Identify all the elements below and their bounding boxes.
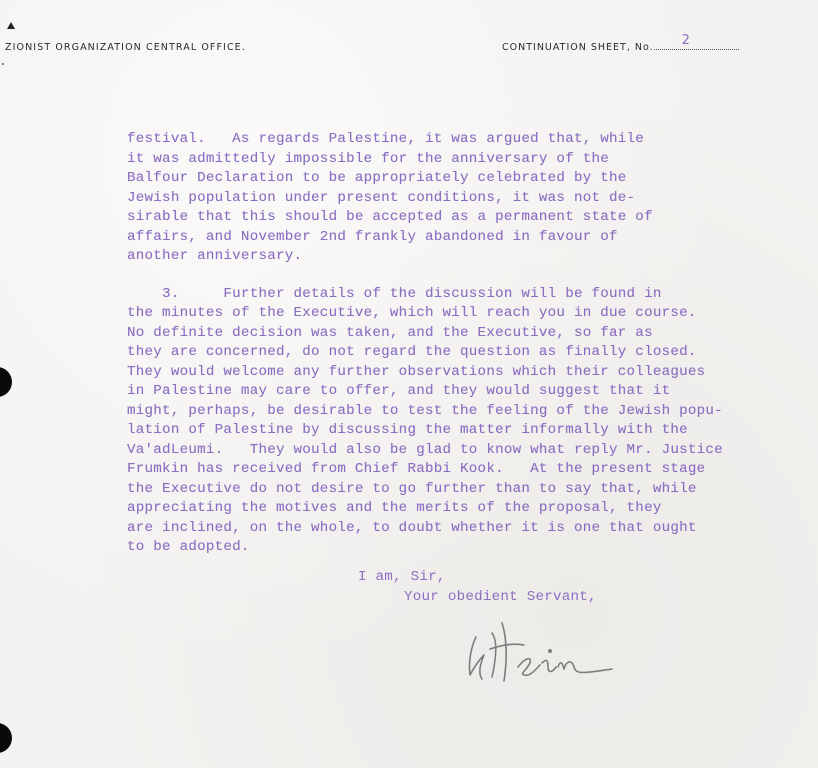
text-line: in Palestine may care to offer, and they… xyxy=(127,382,807,402)
letter-body: festival. As regards Palestine, it was a… xyxy=(127,130,807,558)
paragraph-spacer xyxy=(127,267,807,285)
text-line: are inclined, on the whole, to doubt whe… xyxy=(127,519,807,539)
letterhead-organization: ZIONIST ORGANIZATION CENTRAL OFFICE. xyxy=(5,42,246,53)
complimentary-close: Your obedient Servant, xyxy=(358,588,597,608)
paragraph-3: 3. Further details of the discussion wil… xyxy=(127,285,807,558)
continuation-sheet-label: CONTINUATION SHEET, No.2 xyxy=(502,39,739,53)
sheet-number: 2 xyxy=(682,33,690,48)
text-line: Balfour Declaration to be appropriately … xyxy=(127,169,807,189)
paper-speck xyxy=(2,63,4,65)
text-line: They would welcome any further observati… xyxy=(127,363,807,383)
text-line: sirable that this should be accepted as … xyxy=(127,208,807,228)
text-line: Jewish population under present conditio… xyxy=(127,189,807,209)
text-line: 3. Further details of the discussion wil… xyxy=(127,285,807,305)
salutation: I am, Sir, xyxy=(358,568,597,588)
sheet-number-field: 2 xyxy=(654,39,739,50)
signature-icon xyxy=(462,615,632,690)
text-line: No definite decision was taken, and the … xyxy=(127,324,807,344)
handwritten-signature xyxy=(462,615,632,690)
text-line: affairs, and November 2nd frankly abando… xyxy=(127,228,807,248)
letter-closing: I am, Sir, Your obedient Servant, xyxy=(358,568,597,607)
text-line: it was admittedly impossible for the ann… xyxy=(127,150,807,170)
text-line: appreciating the motives and the merits … xyxy=(127,499,807,519)
text-line: they are concerned, do not regard the qu… xyxy=(127,343,807,363)
text-line: the Executive do not desire to go furthe… xyxy=(127,480,807,500)
punch-hole-lower xyxy=(0,723,12,753)
paragraph-continued: festival. As regards Palestine, it was a… xyxy=(127,130,807,267)
letter-page: ZIONIST ORGANIZATION CENTRAL OFFICE. CON… xyxy=(0,0,818,768)
continuation-label: CONTINUATION SHEET, No. xyxy=(502,42,654,53)
text-line: the minutes of the Executive, which will… xyxy=(127,304,807,324)
text-line: to be adopted. xyxy=(127,538,807,558)
text-line: Frumkin has received from Chief Rabbi Ko… xyxy=(127,460,807,480)
text-line: Va'adLeumi. They would also be glad to k… xyxy=(127,441,807,461)
corner-mark xyxy=(7,22,15,29)
text-line: festival. As regards Palestine, it was a… xyxy=(127,130,807,150)
text-line: might, perhaps, be desirable to test the… xyxy=(127,402,807,422)
text-line: another anniversary. xyxy=(127,247,807,267)
text-line: lation of Palestine by discussing the ma… xyxy=(127,421,807,441)
punch-hole-upper xyxy=(0,367,12,397)
